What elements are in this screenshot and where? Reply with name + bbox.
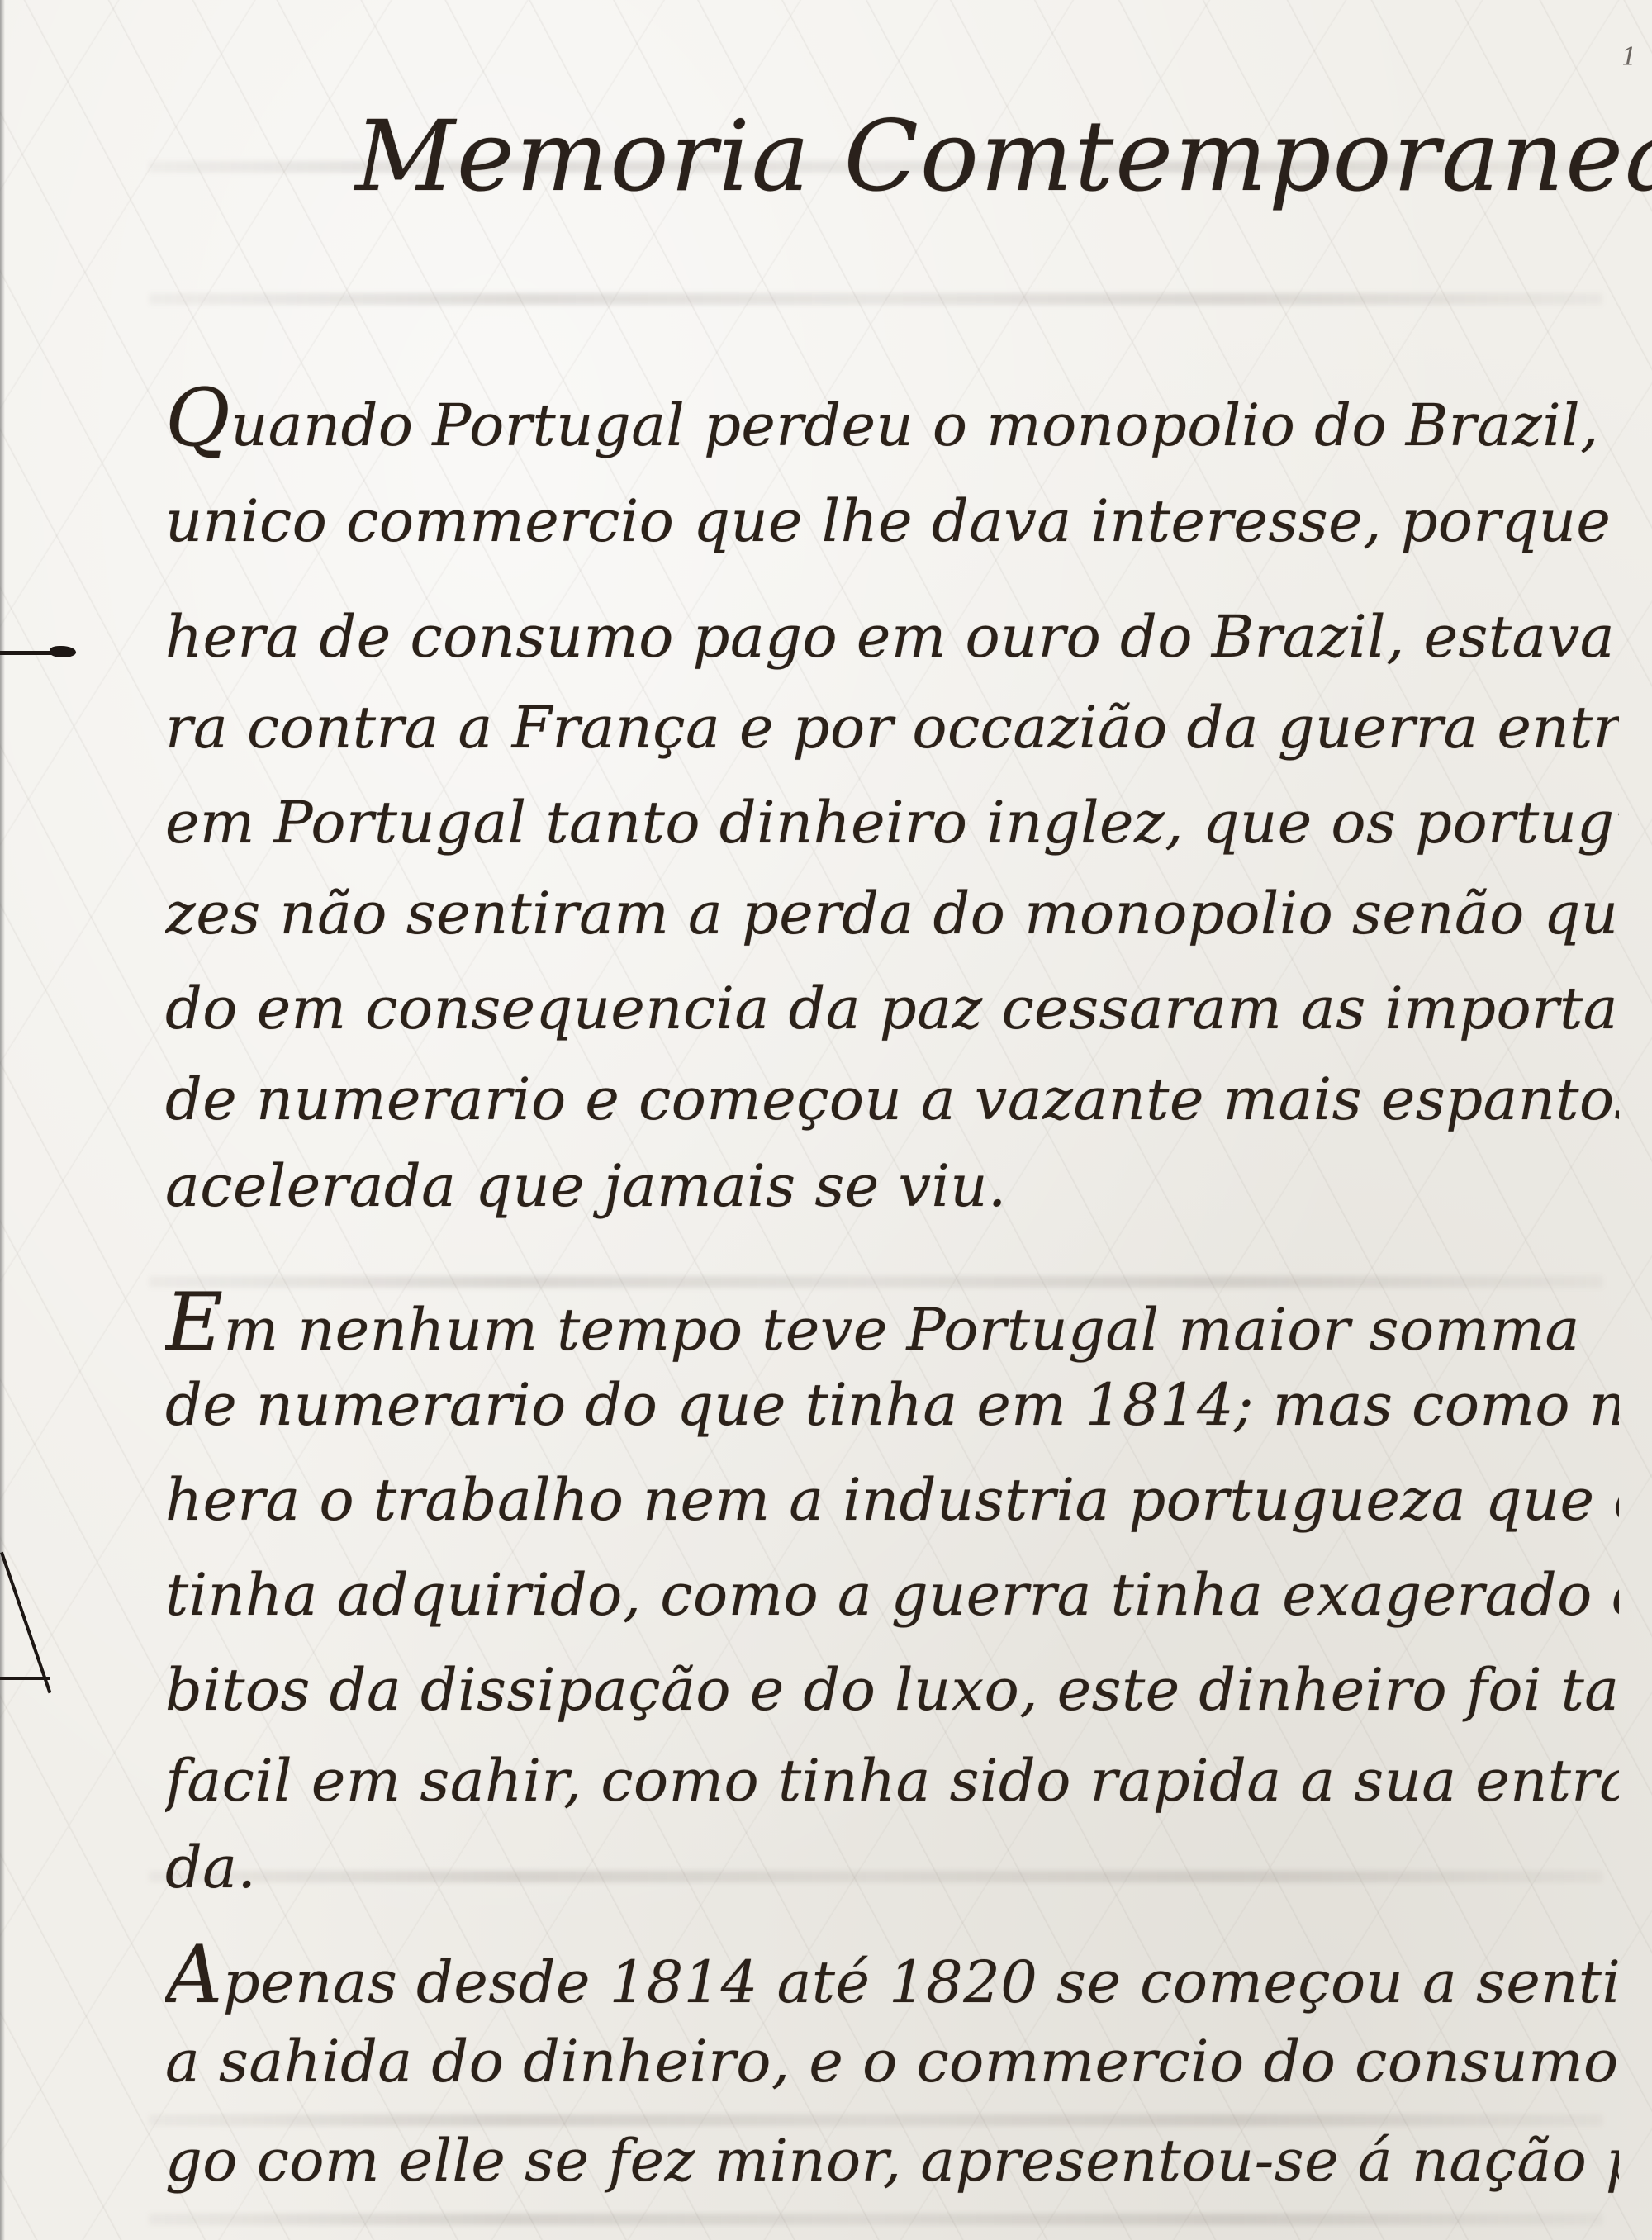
text-line: da.	[165, 1834, 1619, 1901]
ghost-line	[149, 2214, 1602, 2225]
text-line: tinha adquirido, como a guerra tinha exa…	[165, 1561, 1619, 1629]
text-line: Apenas desde 1814 até 1820 se começou a …	[165, 1929, 1619, 2021]
text-line: go com elle se fez minor, apresentou-se …	[165, 2127, 1619, 2195]
text-line: facil em sahir, como tinha sido rapida a…	[165, 1747, 1619, 1815]
text-line: acelerada que jamais se viu.	[165, 1152, 1619, 1220]
margin-mark-bracket	[0, 1553, 50, 1680]
text-line: Quando Portugal perdeu o monopolio do Br…	[165, 372, 1619, 464]
ghost-line	[149, 293, 1602, 305]
text-line: hera o trabalho nem a industria portugue…	[165, 1466, 1619, 1534]
text-line: a sahida do dinheiro, e o commercio do c…	[165, 2028, 1619, 2095]
manuscript-page: 1 Memoria Comtemporanea Quando Portugal …	[0, 0, 1652, 2240]
text-line: hera de consumo pago em ouro do Brazil, …	[165, 603, 1619, 671]
page-number: 1	[1621, 43, 1637, 72]
text-line: bitos da dissipação e do luxo, este dinh…	[165, 1656, 1619, 1724]
text-line: do em consequencia da paz cessaram as im…	[165, 975, 1619, 1042]
text-line: em Portugal tanto dinheiro inglez, que o…	[165, 789, 1619, 857]
text-line: zes não sentiram a perda do monopolio se…	[165, 880, 1619, 947]
page-edge-shadow	[0, 0, 5, 2240]
text-line: de numerario do que tinha em 1814; mas c…	[165, 1371, 1619, 1439]
text-line: Em nenhum tempo teve Portugal maior somm…	[165, 1276, 1619, 1369]
ghost-line	[149, 2114, 1602, 2126]
text-line: unico commercio que lhe dava interesse, …	[165, 487, 1619, 555]
text-line: ra contra a França e por occazião da gue…	[165, 694, 1619, 762]
document-title: Memoria Comtemporanea	[355, 99, 1512, 213]
text-line: de numerario e começou a vazante mais es…	[165, 1065, 1619, 1133]
margin-mark-blot	[50, 646, 76, 657]
